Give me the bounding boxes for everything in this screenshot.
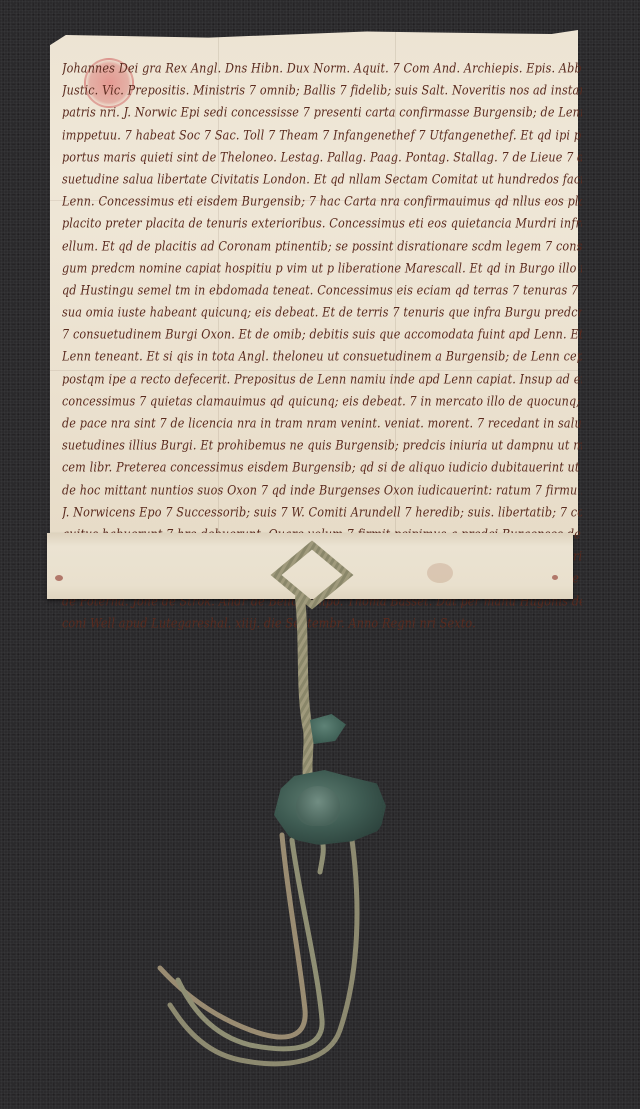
seal-cords	[0, 0, 640, 1109]
seal-effigy-detail	[296, 786, 340, 826]
cord-loop	[276, 545, 348, 605]
